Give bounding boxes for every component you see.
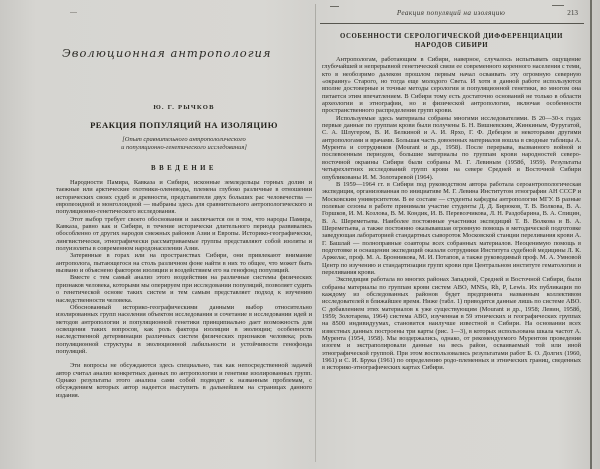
paragraph: Антропологам, работающим в Сибири, навер…	[322, 56, 581, 115]
page-number: 213	[567, 9, 578, 17]
series-rubric: Эволюционная антропология	[62, 46, 312, 60]
book-spread: Реакция популяций на изоляцию 213 Эволюц…	[0, 0, 600, 469]
scan-artifact-dash	[70, 12, 77, 13]
author-name: Ю. Г. РЫЧКОВ	[56, 104, 312, 111]
paragraph: Народности Памира, Кавказа и Сибири, иск…	[56, 179, 312, 216]
scan-artifact-dash	[330, 6, 339, 7]
paragraph: Эти вопросы не обсуждаются здесь специал…	[56, 362, 312, 399]
running-head-rule	[320, 23, 584, 24]
paragraph: Вместе с тем самый анализ этого воздейст…	[56, 274, 312, 303]
section-heading-vvedenie: ВВЕДЕНИЕ	[56, 165, 312, 172]
paragraph: Используемые здесь материалы собраны мно…	[322, 115, 581, 181]
subtitle-line-2: и популяционно-генетического исследовани…	[56, 144, 312, 152]
running-head-row: Реакция популяций на изоляцию 213	[322, 9, 580, 21]
paragraph: В 1959—1964 гг. в Сибири под руководство…	[322, 181, 581, 276]
running-head: Реакция популяций на изоляцию	[322, 9, 580, 17]
scan-artifact-dash	[552, 5, 564, 6]
paragraph: Экспедиция работала во многих районах За…	[322, 276, 581, 371]
subtitle-line-1: [Опыт сравнительного антропологического	[56, 136, 312, 144]
paragraph: Затерянные в горах или на пространствах …	[56, 252, 312, 274]
left-page-column: Эволюционная антропология Ю. Г. РЫЧКОВ Р…	[56, 42, 312, 454]
page-gutter-line	[315, 4, 316, 462]
paragraph: Этот выбор требует своего обоснования и …	[56, 216, 312, 253]
article-title: РЕАКЦИЯ ПОПУЛЯЦИЙ НА ИЗОЛЯЦИЮ	[56, 120, 312, 130]
heading-line-2: НАРОДОВ СИБИРИ	[322, 41, 581, 50]
article-subtitle: [Опыт сравнительного антропологического …	[56, 136, 312, 152]
page-edge-line	[590, 0, 592, 469]
right-body-text: Антропологам, работающим в Сибири, навер…	[322, 56, 581, 372]
section-heading-serology: ОСОБЕННОСТИ СЕРОЛОГИЧЕСКОЙ ДИФФЕРЕНЦИАЦИ…	[322, 32, 581, 50]
left-body-text: Народности Памира, Кавказа и Сибири, иск…	[56, 179, 312, 399]
paragraph: Обоснованный историко-географическими да…	[56, 304, 312, 355]
heading-line-1: ОСОБЕННОСТИ СЕРОЛОГИЧЕСКОЙ ДИФФЕРЕНЦИАЦИ…	[322, 32, 581, 41]
right-page-column: ОСОБЕННОСТИ СЕРОЛОГИЧЕСКОЙ ДИФФЕРЕНЦИАЦИ…	[322, 30, 581, 454]
